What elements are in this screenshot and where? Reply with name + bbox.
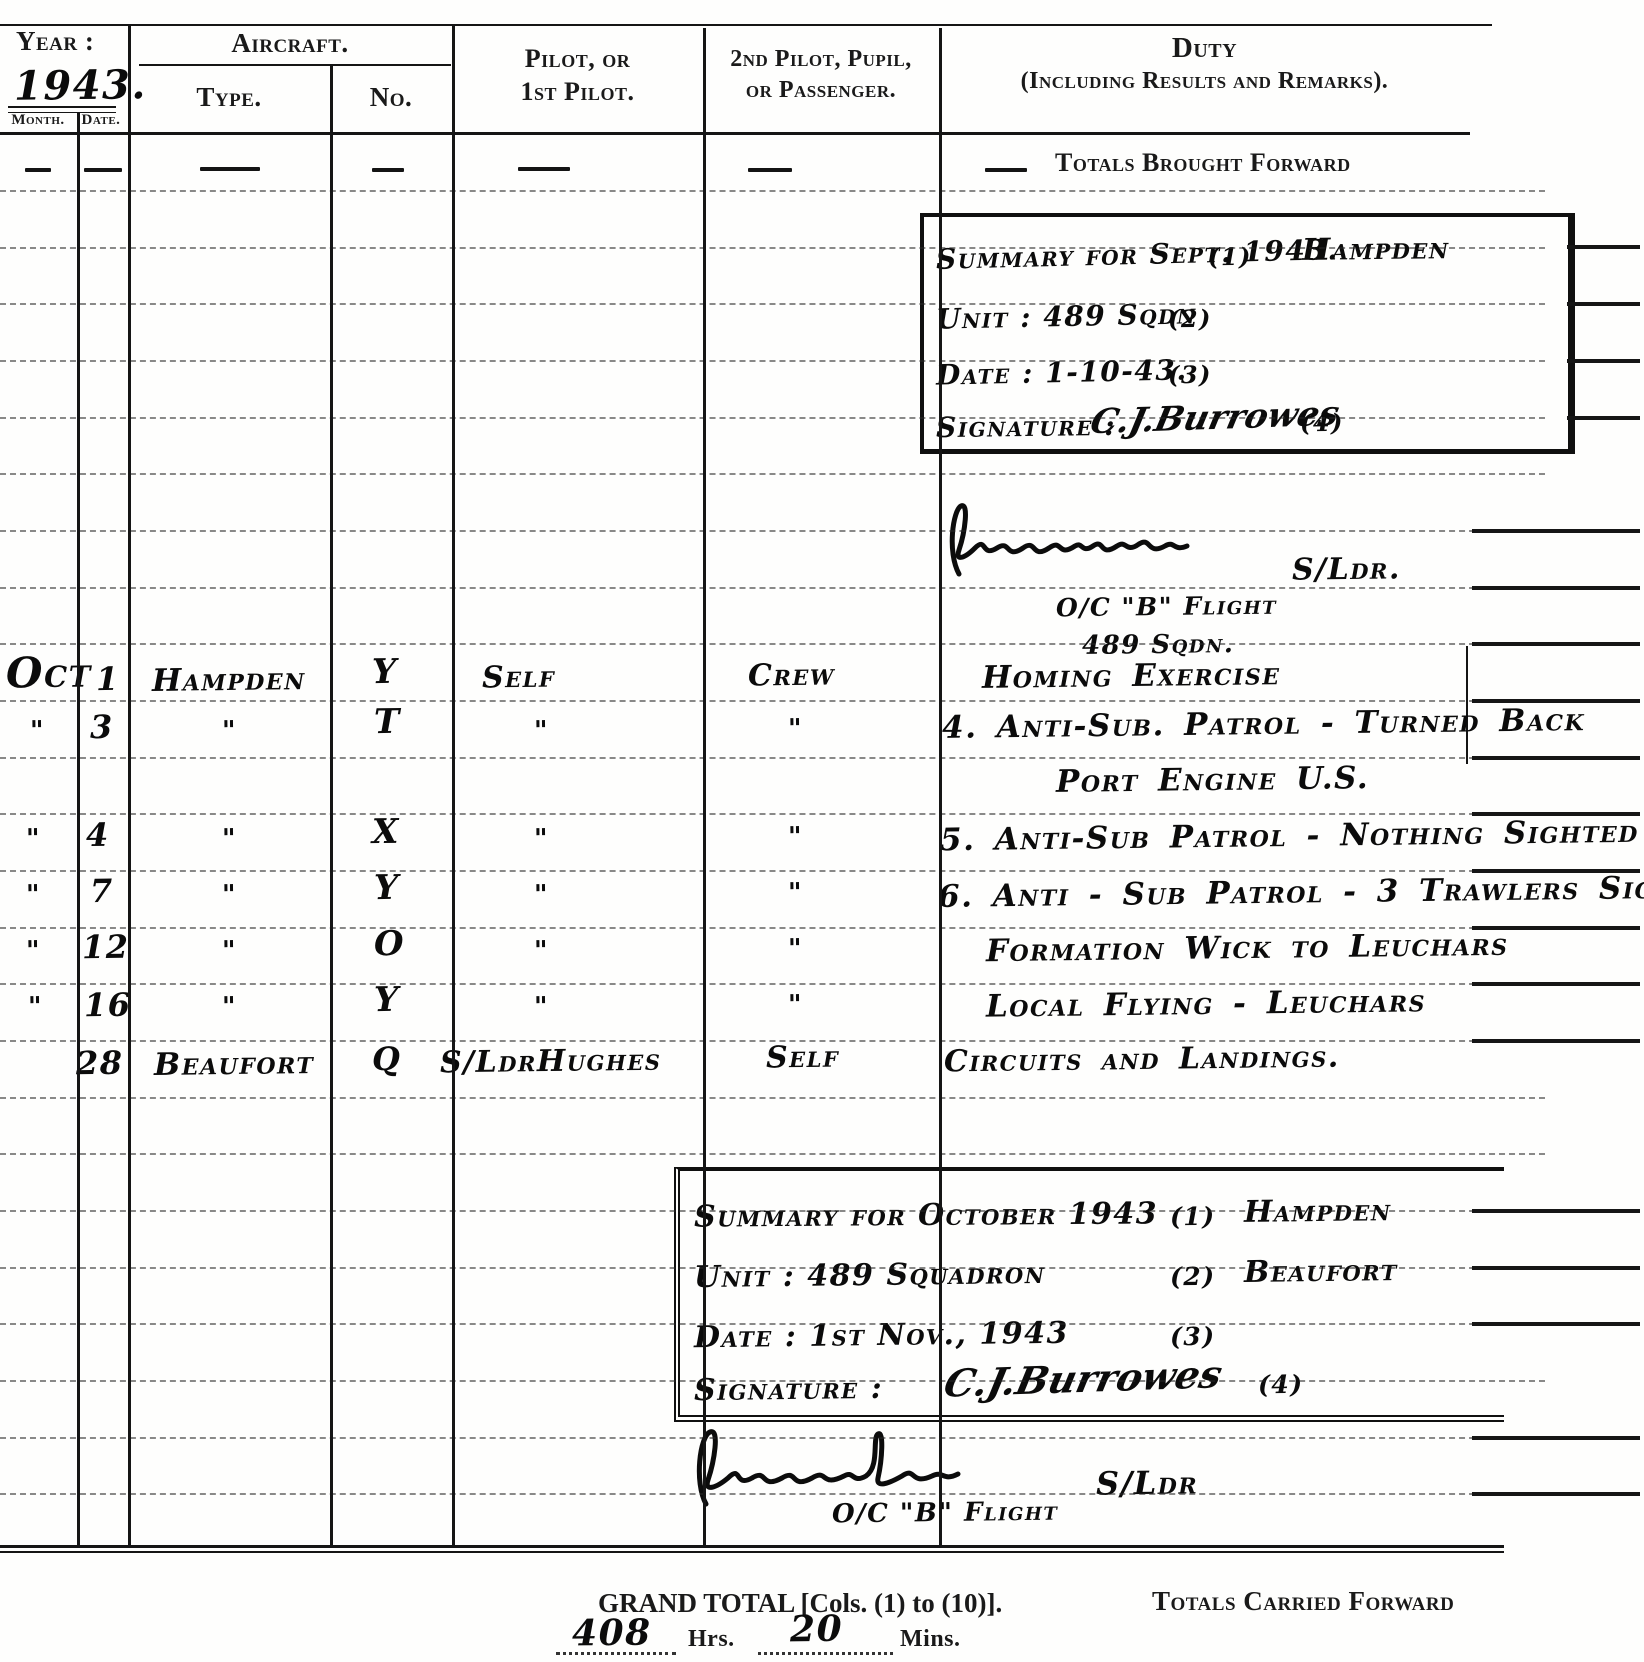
oct-summary-line3-num: (3): [1170, 1322, 1216, 1352]
col-pilot-label: Pilot, or 1st Pilot.: [452, 42, 703, 108]
entry-duty-cont: Port Engine U.S.: [1056, 760, 1369, 800]
entry-second-pilot: ": [788, 990, 803, 1020]
ruled-line: [0, 1210, 1545, 1212]
entry-pilot: ": [534, 716, 549, 746]
entry-type: Beaufort: [154, 1045, 315, 1083]
entry-duty: 5. Anti-Sub Patrol - Nothing Sighted: [940, 814, 1639, 859]
rule-end-mark: [1567, 416, 1640, 420]
rule-end-mark: [1472, 586, 1640, 590]
ruled-line: [0, 983, 1545, 985]
ruled-line: [0, 1437, 1545, 1439]
bottom-border-2: [0, 1551, 1504, 1553]
entry-date: 28: [76, 1044, 124, 1083]
entry-pilot: ": [534, 880, 549, 910]
entry-pilot: ": [534, 992, 549, 1022]
column-divider-line: [939, 28, 942, 1548]
rule-end-mark: [1472, 982, 1640, 986]
tbf-dash-no: [372, 168, 404, 172]
entry-duty: 4. Anti-Sub. Patrol - Turned Back: [942, 702, 1586, 746]
ruled-line: [0, 1040, 1545, 1042]
entry-month: ": [26, 880, 41, 910]
col-date-label: Date.: [76, 112, 126, 129]
hrs-label: Hrs.: [688, 1626, 735, 1653]
mins-label: Mins.: [900, 1626, 961, 1653]
ruled-line: [0, 813, 1545, 815]
ruled-line: [0, 530, 1545, 532]
rule-end-mark: [1472, 869, 1640, 873]
entry-second-pilot: Crew: [748, 657, 835, 693]
col-month-label: Month.: [2, 112, 74, 129]
entry-pilot: ": [534, 936, 549, 966]
rule-end-mark: [1472, 1322, 1640, 1326]
oct-summary-aircraft-2: Beaufort: [1244, 1253, 1398, 1290]
oct-summary-line2: Unit : 489 Squadron: [694, 1256, 1046, 1295]
sept-signature-scrawl: [945, 492, 1265, 587]
tbf-dash-date: [84, 168, 122, 172]
sept-summary-aircraft-1: Hampden: [1302, 231, 1450, 268]
rule-end-mark: [1472, 1436, 1640, 1440]
entry-second-pilot: ": [788, 822, 803, 852]
col-second-pilot-label: 2nd Pilot, Pupil, or Passenger.: [703, 44, 939, 106]
tbf-dash-month: [25, 168, 51, 172]
ruled-line: [0, 587, 1545, 589]
entry-month: ": [26, 824, 41, 854]
ruled-line: [0, 1153, 1545, 1155]
logbook-page: Year : 1943. Month. Date. Aircraft. Type…: [0, 0, 1644, 1662]
entry-no: Y: [372, 652, 398, 692]
ruled-line: [0, 643, 1545, 645]
year-label: Year :: [16, 26, 94, 57]
table-top-border: [0, 24, 1492, 26]
entry-date: 16: [84, 986, 132, 1025]
ruled-line: [0, 700, 1545, 702]
rule-end-mark: [1472, 756, 1640, 760]
ruled-line: [0, 1097, 1545, 1099]
entry-no: T: [374, 702, 401, 742]
entry-duty: 6. Anti - Sub Patrol - 3 Trawlers Sighte…: [938, 869, 1644, 915]
entry-second-pilot: ": [788, 934, 803, 964]
column-divider-line: [128, 24, 131, 1548]
rule-end-mark: [1472, 1209, 1640, 1213]
entry-date: 7: [90, 872, 114, 910]
entry-type: ": [222, 936, 237, 966]
entry-month: ": [30, 716, 45, 746]
ruled-line: [0, 1380, 1545, 1382]
rule-end-mark: [1472, 926, 1640, 930]
ruled-line: [0, 1267, 1545, 1269]
tbf-dash-pilot: [518, 167, 570, 171]
entry-second-pilot: ": [788, 878, 803, 908]
ruled-line: [0, 473, 1545, 475]
rule-end-mark: [1567, 302, 1640, 306]
sept-summary-line2-num: (2): [1168, 304, 1212, 334]
totals-brought-forward-label: Totals Brought Forward: [1055, 148, 1351, 178]
ruled-line: [0, 417, 1545, 419]
rule-end-mark: [1472, 1492, 1640, 1496]
entry-month: ": [26, 936, 41, 966]
oct-summary-line4: Signature :: [694, 1371, 884, 1408]
entry-type: ": [222, 716, 237, 746]
ruled-line: [0, 1323, 1545, 1325]
entry-pilot: S/LdrHughes: [440, 1043, 662, 1081]
ruled-line: [0, 1493, 1545, 1495]
aircraft-underline: [139, 64, 451, 66]
grand-total-minutes: 20: [790, 1608, 844, 1651]
rule-end-mark: [1472, 812, 1640, 816]
minutes-underline: [758, 1652, 893, 1655]
entry-no: O: [374, 924, 406, 964]
entry-no: Y: [374, 868, 400, 908]
col-type-label: Type.: [128, 82, 330, 113]
sept-signature-unit1: O/C "B" Flight: [1056, 591, 1277, 623]
oct-summary-line1-num: (1): [1170, 1202, 1216, 1232]
column-divider-line: [452, 24, 455, 1548]
entry-type: Hampden: [152, 661, 306, 699]
ruled-line: [0, 360, 1545, 362]
entry-type: ": [222, 992, 237, 1022]
tbf-dash-type: [200, 167, 260, 171]
column-divider-line: [703, 28, 706, 1548]
grand-total-hours: 408: [572, 1612, 652, 1655]
oct-summary-line4-num: (4): [1258, 1370, 1304, 1400]
ruled-line: [0, 303, 1545, 305]
rule-end-mark: [1567, 359, 1640, 363]
entry-pilot: ": [534, 824, 549, 854]
entry-date: 12: [82, 928, 130, 967]
entry-no: X: [372, 812, 400, 852]
entry-date: 3: [90, 708, 114, 746]
rule-end-mark: [1472, 1039, 1640, 1043]
rule-end-mark: [1472, 1266, 1640, 1270]
rule-end-mark: [1472, 642, 1640, 646]
entry-second-pilot: ": [788, 714, 803, 744]
hours-underline: [556, 1652, 676, 1655]
rule-end-mark: [1567, 245, 1640, 249]
ruled-line: [0, 190, 1545, 192]
oct-summary-line1: Summary for October 1943: [694, 1196, 1158, 1234]
col-duty-sublabel: (Including Results and Remarks).: [939, 68, 1470, 95]
entry-duty: Circuits and Landings.: [944, 1040, 1340, 1080]
totals-carried-forward-label: Totals Carried Forward: [1152, 1586, 1454, 1617]
entry-no: Q: [372, 1040, 402, 1078]
oct-summary-line3: Date : 1st Nov., 1943: [694, 1316, 1069, 1356]
entry-type: ": [222, 880, 237, 910]
oct-signature-rank: S/Ldr: [1096, 1463, 1199, 1502]
ruled-line: [0, 927, 1545, 929]
tbf-dash-second: [748, 168, 792, 172]
sept-summary-line4-num: (4): [1300, 408, 1344, 438]
sept-signature-rank: S/Ldr.: [1292, 551, 1401, 587]
header-bottom-border: [0, 132, 1470, 135]
rule-end-mark: [1472, 529, 1640, 533]
col-aircraft-label: Aircraft.: [128, 28, 452, 59]
entry-duty: Homing Exercise: [982, 656, 1281, 696]
col-duty-label: Duty: [939, 32, 1470, 65]
column-divider-line: [77, 112, 80, 1548]
sept-summary-line3-num: (3): [1168, 360, 1212, 390]
tbf-dash-duty: [985, 168, 1027, 172]
column-divider-line: [330, 64, 333, 1548]
entry-pilot: Self: [482, 660, 556, 696]
entry-duty: Local Flying - Leuchars: [986, 983, 1426, 1024]
bottom-border-1: [0, 1545, 1504, 1548]
entry-duty: Formation Wick to Leuchars: [986, 927, 1509, 969]
oct-signature-unit1: O/C "B" Flight: [832, 1497, 1059, 1530]
entry-month: ": [28, 992, 43, 1022]
entry-second-pilot: Self: [766, 1040, 840, 1076]
entry-date: 1: [96, 660, 120, 698]
entry-type: ": [222, 824, 237, 854]
col-no-label: No.: [330, 82, 452, 113]
ruled-line: [0, 757, 1545, 759]
ruled-line: [0, 247, 1545, 249]
rule-end-mark: [1472, 699, 1640, 703]
entry-no: Y: [374, 980, 400, 1020]
entry-date: 4: [86, 816, 110, 854]
ruled-line: [0, 870, 1545, 872]
